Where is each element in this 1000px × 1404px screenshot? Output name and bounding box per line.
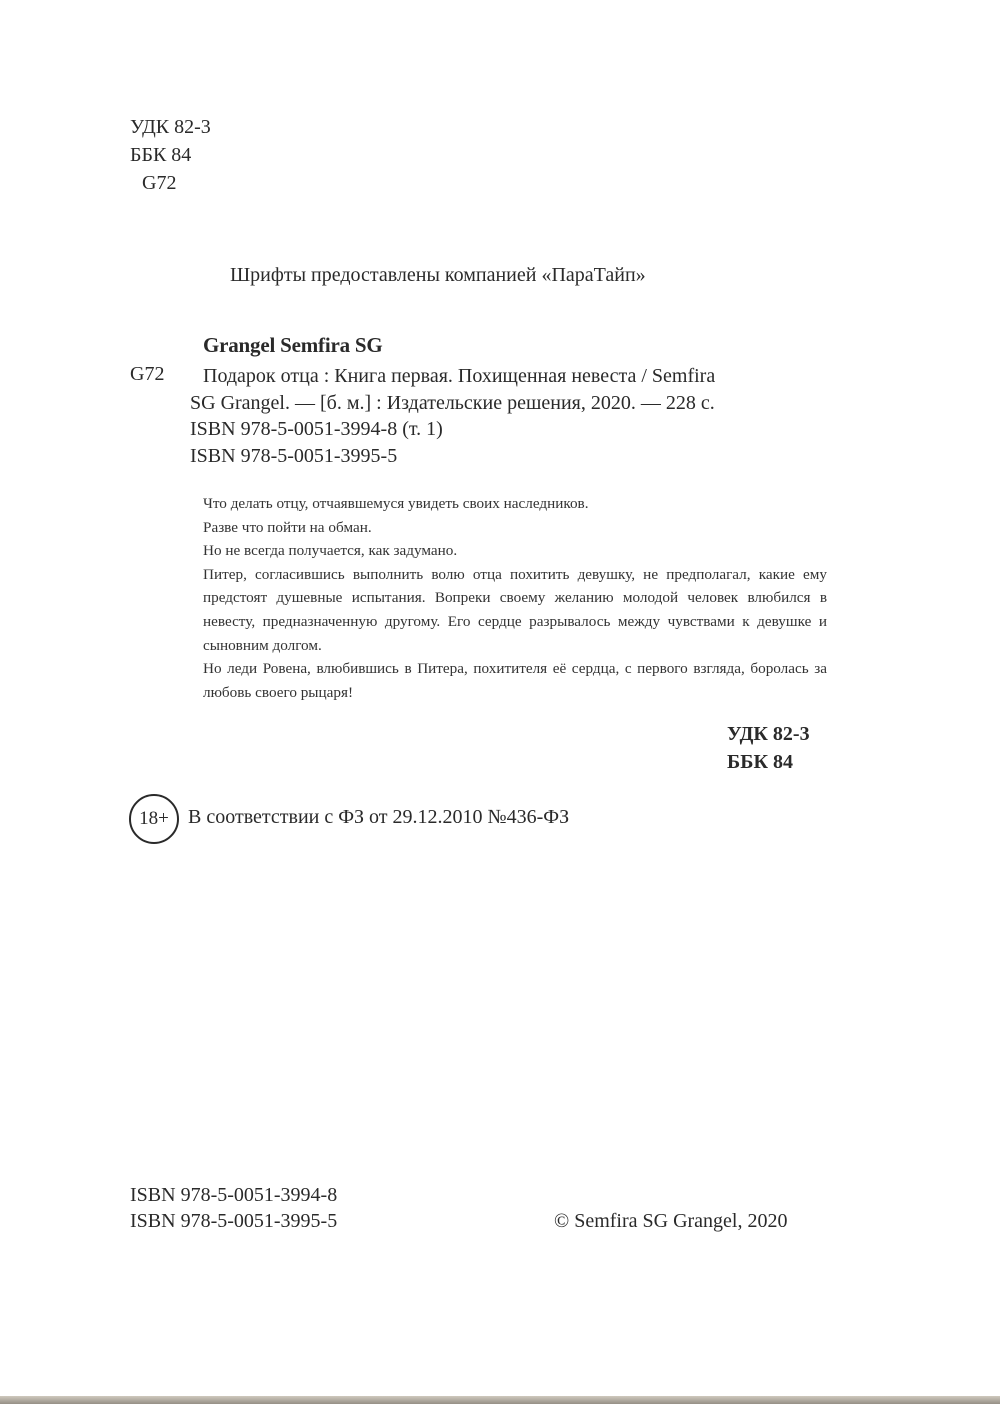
- age-rating-label: 18+: [139, 808, 169, 830]
- age-rating-badge: 18+: [129, 794, 179, 844]
- page-bottom-edge: [0, 1396, 1000, 1404]
- fonts-credit-note: Шрифты предоставлены компанией «ПараТайп…: [230, 264, 646, 287]
- classification-codes: УДК 82-3 ББК 84: [727, 720, 810, 776]
- bbk-code-bold: ББК 84: [727, 748, 810, 776]
- record-publication-line: SG Grangel. — [б. м.] : Издательские реш…: [190, 390, 830, 417]
- annotation-paragraph: Что делать отцу, отчаявшемуся увидеть св…: [203, 492, 827, 516]
- udk-code: УДК 82-3: [130, 113, 211, 141]
- annotation-paragraph: Разве что пойти на обман.: [203, 516, 827, 540]
- record-author: Grangel Semfira SG: [203, 333, 383, 358]
- bibliographic-record: Подарок отца : Книга первая. Похищенная …: [190, 363, 830, 469]
- footer-isbn-1: ISBN 978-5-0051-3994-8: [130, 1182, 337, 1208]
- footer-isbn-2: ISBN 978-5-0051-3995-5: [130, 1208, 337, 1234]
- copyright-notice: © Semfira SG Grangel, 2020: [554, 1208, 788, 1234]
- udk-code-bold: УДК 82-3: [727, 720, 810, 748]
- record-isbn-volume: ISBN 978-5-0051-3994-8 (т. 1): [190, 416, 830, 443]
- age-rating-law-text: В соответствии с ФЗ от 29.12.2010 №436-Ф…: [188, 806, 569, 829]
- footer-isbn-list: ISBN 978-5-0051-3994-8 ISBN 978-5-0051-3…: [130, 1182, 337, 1234]
- book-annotation: Что делать отцу, отчаявшемуся увидеть св…: [203, 492, 827, 704]
- bbk-code: ББК 84: [130, 141, 211, 169]
- record-isbn-set: ISBN 978-5-0051-3995-5: [190, 443, 830, 470]
- record-author-mark: G72: [130, 363, 164, 386]
- author-mark: G72: [130, 169, 211, 197]
- record-title-line: Подарок отца : Книга первая. Похищенная …: [190, 363, 830, 390]
- annotation-paragraph: Но леди Ровена, влюбившись в Питера, пох…: [203, 657, 827, 704]
- header-classification-codes: УДК 82-3 ББК 84 G72: [130, 113, 211, 197]
- annotation-paragraph: Но не всегда получается, как задумано.: [203, 539, 827, 563]
- annotation-paragraph: Питер, согласившись выполнить волю отца …: [203, 563, 827, 657]
